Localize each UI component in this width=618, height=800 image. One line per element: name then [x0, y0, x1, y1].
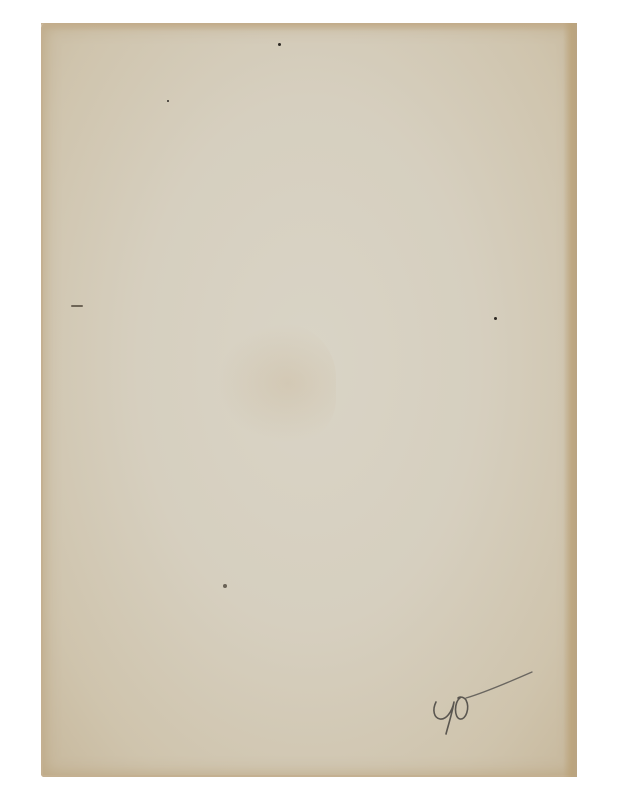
paper-mark — [71, 305, 83, 307]
handwritten-40-icon — [390, 650, 540, 740]
paper-speck — [278, 43, 281, 46]
paper-speck — [167, 100, 169, 102]
handwritten-page-number: 40 — [390, 650, 540, 740]
paper-stain — [216, 323, 336, 443]
paper-speck — [223, 584, 227, 588]
paper-speck — [494, 317, 497, 320]
